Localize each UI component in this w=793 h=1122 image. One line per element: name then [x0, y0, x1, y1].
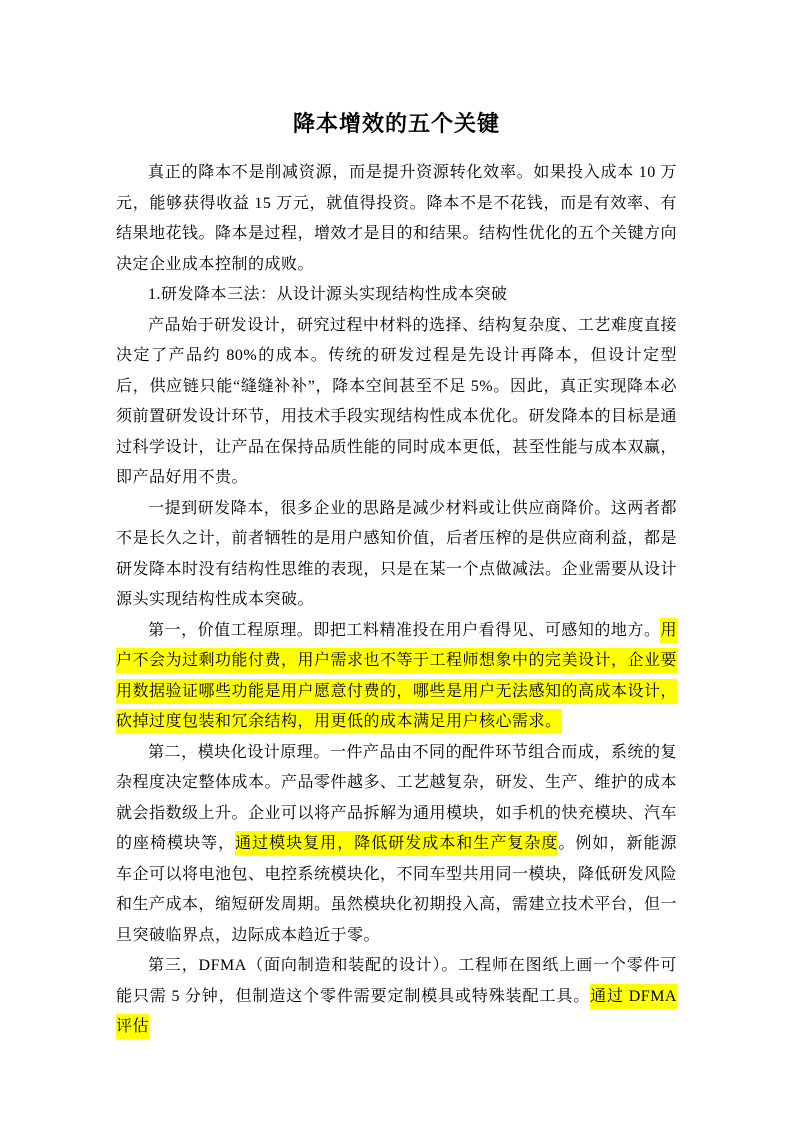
text-run: 一提到研发降本，很多企业的思路是减少材料或让供应商降价。这两者都不是长久之计，前…: [116, 500, 677, 609]
paragraph-method-2-modular-design: 第二，模块化设计原理。一件产品由不同的配件环节组合而成，系统的复杂程度决定整体成…: [116, 738, 677, 952]
paragraph-rnd-cost-origin: 产品始于研发设计，研究过程中材料的选择、结构复杂度、工艺难度直接决定了产品约 8…: [116, 311, 677, 494]
paragraph-method-1-value-engineering: 第一，价值工程原理。即把工料精准投在用户看得见、可感知的地方。用户不会为过剩功能…: [116, 616, 677, 738]
text-run: 第一，价值工程原理。即把工料精准投在用户看得见、可感知的地方。: [148, 622, 660, 639]
text-run: 真正的降本不是削减资源，而是提升资源转化效率。如果投入成本 10 万元，能够获得…: [116, 164, 677, 273]
paragraph-method-3-dfma: 第三，DFMA（面向制造和装配的设计）。工程师在图纸上画一个零件可能只需 5 分…: [116, 951, 677, 1043]
document-body: 真正的降本不是削减资源，而是提升资源转化效率。如果投入成本 10 万元，能够获得…: [116, 158, 677, 1043]
paragraph-section-1-heading: 1.研发降本三法：从设计源头实现结构性成本突破: [116, 280, 677, 311]
paragraph-common-misconceptions: 一提到研发降本，很多企业的思路是减少材料或让供应商降价。这两者都不是长久之计，前…: [116, 494, 677, 616]
text-run: 1.研发降本三法：从设计源头实现结构性成本突破: [148, 286, 508, 303]
text-run: 产品始于研发设计，研究过程中材料的选择、结构复杂度、工艺难度直接决定了产品约 8…: [116, 317, 677, 487]
highlighted-text-run: 通过模块复用，降低研发成本和生产复杂度: [235, 831, 558, 856]
document-title: 降本增效的五个关键: [116, 108, 677, 140]
paragraph-intro: 真正的降本不是削减资源，而是提升资源转化效率。如果投入成本 10 万元，能够获得…: [116, 158, 677, 280]
document-page: 降本增效的五个关键 真正的降本不是削减资源，而是提升资源转化效率。如果投入成本 …: [0, 0, 793, 1122]
